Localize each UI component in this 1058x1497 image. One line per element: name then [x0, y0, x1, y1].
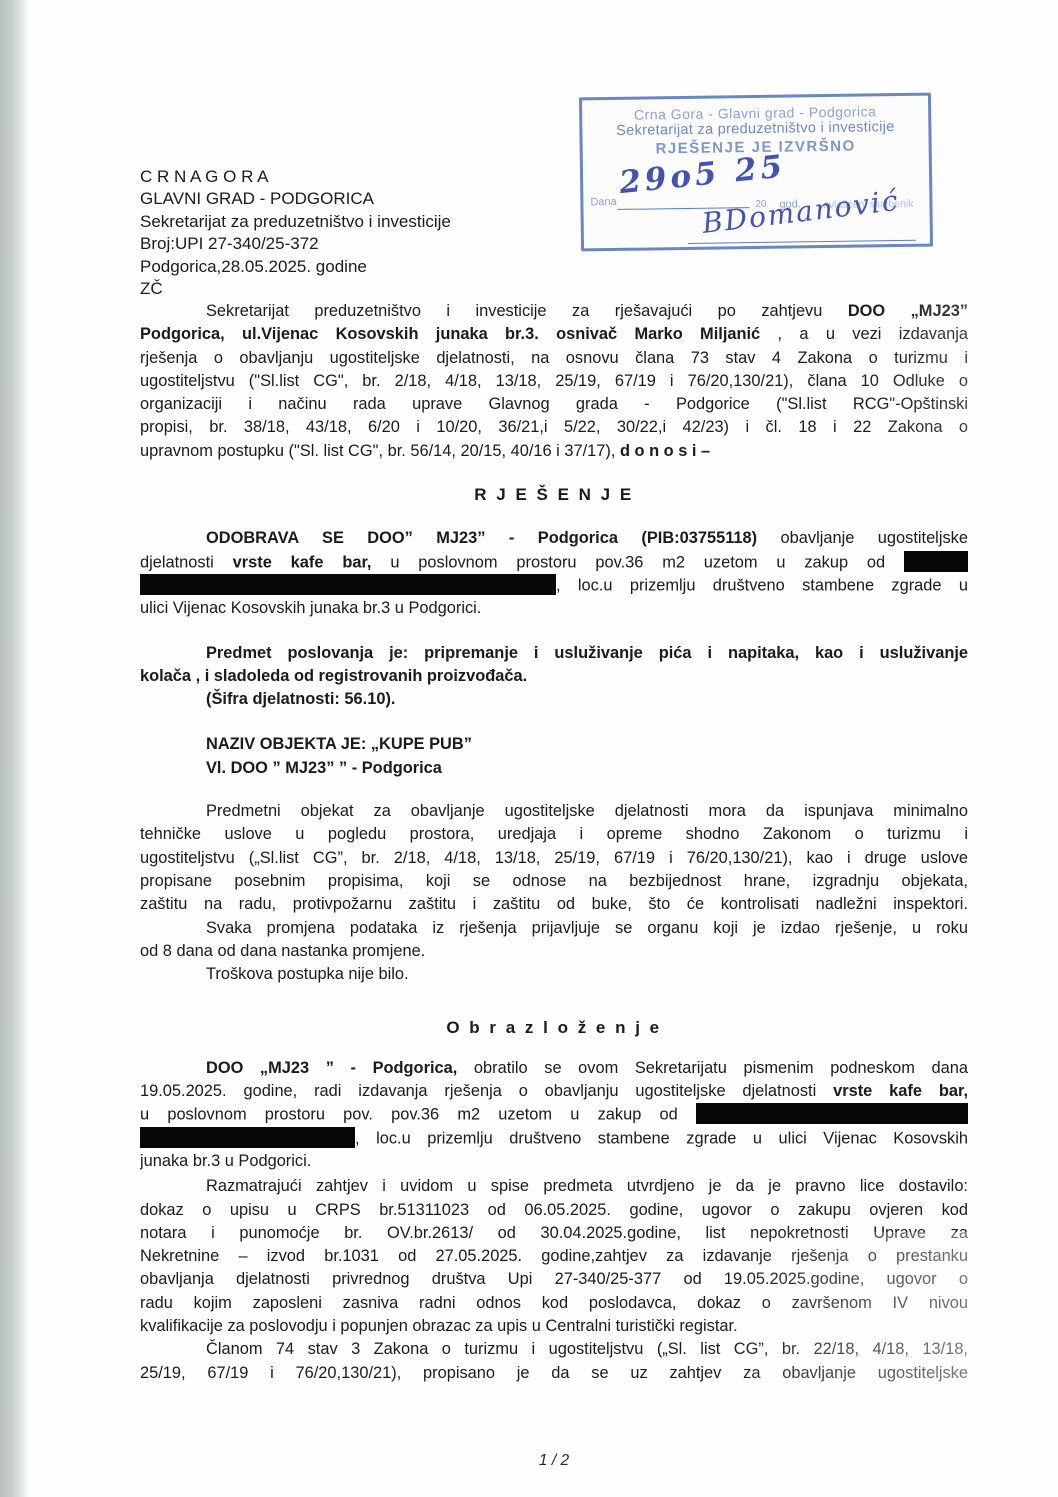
text-line: junaka br.3 u Podgorici.: [140, 1150, 968, 1173]
text-segment: upravnom postupku ("Sl. list CG", br. 56…: [140, 442, 620, 460]
letterhead-case-number: Broj:UPI 27-340/25-372: [140, 233, 451, 255]
text-line: , loc.u prizemlju društveno stambene zgr…: [140, 574, 968, 597]
text-line: NAZIV OBJEKTA JE: „KUPE PUB”: [140, 733, 968, 756]
business-subject-paragraph: Predmet poslovanja je: pripremanje i usl…: [140, 642, 968, 712]
text-segment: u poslovnom prostoru pov.36 m2 uzetom u …: [390, 553, 904, 571]
text-line: Podgorica, ul.Vijenac Kosovskih junaka b…: [140, 323, 968, 346]
text-segment: Članom 74 stav 3 Zakona o turizmu i ugos…: [206, 1340, 968, 1358]
text-line: (Šifra djelatnosti: 56.10).: [140, 688, 968, 711]
text-segment: Nekretnine – izvod br.1031 od 27.05.2025…: [140, 1247, 968, 1265]
text-segment: , a u vezi izdavanja: [778, 325, 969, 343]
text-line: radu kojim zaposleni zasniva radni odnos…: [140, 1292, 968, 1315]
text-line: kolača , i sladoleda od registrovanih pr…: [140, 665, 968, 688]
text-line: Razmatrajući zahtjev i uvidom u spise pr…: [140, 1175, 968, 1198]
section-title-rjesenje: R J E Š E N J E: [140, 483, 968, 506]
section-title-obrazlozenje: O b r a z l o ž e n j e: [140, 1016, 968, 1039]
text-segment: , loc.u prizemlju društveno stambene zgr…: [556, 576, 968, 594]
text-segment: propisane posebnim propisima, koji se od…: [140, 872, 968, 890]
text-segment: dokaz o upisu u CRPS br.51311023 od 06.0…: [140, 1201, 968, 1219]
text-line: djelatnosti vrste kafe bar, u poslovnom …: [140, 551, 968, 574]
text-line: Predmetni objekat za obavljanje ugostite…: [140, 800, 968, 823]
text-line: ugostiteljstvu ("Sl.list CG", br. 2/18, …: [140, 370, 968, 393]
text-segment: vrste kafe bar,: [833, 1082, 968, 1100]
text-segment: organizaciji i načinu rada uprave Glavno…: [140, 395, 968, 413]
text-line: kvalifikacije za poslovodju i popunjen o…: [140, 1315, 968, 1338]
text-segment: od 8 dana od dana nastanka promjene.: [140, 942, 425, 960]
text-line: tehničke uslove u pogledu prostora, ured…: [140, 823, 968, 846]
text-segment: Predmet poslovanja je: pripremanje i usl…: [206, 644, 968, 662]
text-line: Sekretarijat preduzetništvo i investicij…: [140, 300, 968, 323]
text-segment: 25/19, 67/19 i 76/20,130/21), propisano …: [140, 1364, 968, 1382]
text-segment: propisi, br. 38/18, 43/18, 6/20 i 10/20,…: [140, 418, 968, 436]
text-segment: obratilo se ovom Sekretarijatu pismenim …: [474, 1059, 968, 1077]
text-line: ulici Vijenac Kosovskih junaka br.3 u Po…: [140, 597, 968, 620]
executed-stamp: Crna Gora - Glavni grad - Podgorica Sekr…: [579, 93, 933, 252]
text-segment: rješenja o obavljanju ugostiteljske djel…: [140, 349, 968, 367]
text-segment: u poslovnom prostoru pov. pov.36 m2 uzet…: [140, 1106, 696, 1124]
redaction-bar: [140, 574, 556, 595]
stamp-dana-label: Dana: [590, 196, 616, 208]
text-segment: 19.05.2025. godine, radi izdavanja rješe…: [140, 1082, 833, 1100]
letterhead-country: C R N A G O R A: [140, 166, 451, 188]
text-segment: , loc.u prizemlju društveno stambene zgr…: [355, 1129, 968, 1147]
text-segment: kvalifikacije za poslovodju i popunjen o…: [140, 1317, 738, 1335]
object-name-paragraph: NAZIV OBJEKTA JE: „KUPE PUB”Vl. DOO ” MJ…: [140, 733, 968, 780]
text-line: upravnom postupku ("Sl. list CG", br. 56…: [140, 440, 968, 463]
text-segment: Podgorica, ul.Vijenac Kosovskih junaka b…: [140, 325, 778, 343]
text-line: 25/19, 67/19 i 76/20,130/21), propisano …: [140, 1362, 968, 1385]
approval-paragraph: ODOBRAVA SE DOO” MJ23” - Podgorica (PIB:…: [140, 527, 968, 620]
text-line: dokaz o upisu u CRPS br.51311023 od 06.0…: [140, 1199, 968, 1222]
text-line: Nekretnine – izvod br.1031 od 27.05.2025…: [140, 1245, 968, 1268]
text-segment: ugostiteljstvu („Sl.list CG”, br. 2/18, …: [140, 849, 968, 867]
text-segment: zaštitu na radu, protivpožarnu zaštitu i…: [140, 895, 968, 913]
stamp-signature-underline: [688, 240, 916, 244]
text-line: propisi, br. 38/18, 43/18, 6/20 i 10/20,…: [140, 416, 968, 439]
text-segment: ugostiteljstvu ("Sl.list CG", br. 2/18, …: [140, 372, 968, 390]
text-segment: ulici Vijenac Kosovskih junaka br.3 u Po…: [140, 599, 481, 617]
text-line: ODOBRAVA SE DOO” MJ23” - Podgorica (PIB:…: [140, 527, 968, 550]
redaction-bar: [904, 551, 968, 572]
text-segment: radu kojim zaposleni zasniva radni odnos…: [140, 1294, 968, 1312]
text-line: obavljanja djelatnosti privrednog društv…: [140, 1268, 968, 1291]
text-line: rješenja o obavljanju ugostiteljske djel…: [140, 347, 968, 370]
redaction-bar: [696, 1103, 968, 1124]
letterhead: C R N A G O R A GLAVNI GRAD - PODGORICA …: [140, 166, 451, 300]
text-line: DOO „MJ23 ” - Podgorica, obratilo se ovo…: [140, 1057, 968, 1080]
letterhead-initials: ZČ: [140, 278, 451, 300]
text-segment: notara i punomoćje br. OV.br.2613/ od 30…: [140, 1224, 968, 1242]
text-line: Svaka promjena podataka iz rješenja prij…: [140, 917, 968, 940]
text-segment: (Šifra djelatnosti: 56.10).: [206, 690, 395, 708]
text-segment: tehničke uslove u pogledu prostora, ured…: [140, 825, 968, 843]
stamp-signature: BDomanović: [700, 184, 901, 240]
text-line: od 8 dana od dana nastanka promjene.: [140, 940, 968, 963]
scan-edge-shadow: [0, 0, 30, 1497]
stamp-secretariat-line: Sekretarijat za preduzetništvo i investi…: [582, 119, 928, 140]
text-segment: Vl. DOO ” MJ23” ” - Podgorica: [206, 759, 442, 777]
text-segment: djelatnosti: [140, 553, 233, 571]
text-segment: kolača , i sladoleda od registrovanih pr…: [140, 667, 527, 685]
text-segment: junaka br.3 u Podgorici.: [140, 1152, 311, 1170]
text-line: Troškova postupka nije bilo.: [140, 963, 968, 986]
text-segment: DOO „MJ23”: [848, 302, 968, 320]
text-line: , loc.u prizemlju društveno stambene zgr…: [140, 1127, 968, 1150]
text-segment: obavljanja djelatnosti privrednog društv…: [140, 1270, 968, 1288]
text-segment: Razmatrajući zahtjev i uvidom u spise pr…: [206, 1177, 968, 1195]
text-line: Vl. DOO ” MJ23” ” - Podgorica: [140, 757, 968, 780]
text-line: propisane posebnim propisima, koji se od…: [140, 870, 968, 893]
document-page: C R N A G O R A GLAVNI GRAD - PODGORICA …: [0, 0, 1058, 1497]
text-segment: Troškova postupka nije bilo.: [206, 965, 409, 983]
text-segment: NAZIV OBJEKTA JE: „KUPE PUB”: [206, 735, 472, 753]
text-segment: Svaka promjena podataka iz rješenja prij…: [206, 919, 968, 937]
request-paragraph: DOO „MJ23 ” - Podgorica, obratilo se ovo…: [140, 1057, 968, 1173]
intro-paragraph: Sekretarijat preduzetništvo i investicij…: [140, 300, 968, 463]
letterhead-city: GLAVNI GRAD - PODGORICA: [140, 188, 451, 210]
text-line: ugostiteljstvu („Sl.list CG”, br. 2/18, …: [140, 847, 968, 870]
letterhead-date: Podgorica,28.05.2025. godine: [140, 256, 451, 278]
text-segment: vrste kafe bar,: [233, 553, 391, 571]
text-segment: obavljanje ugostiteljske: [781, 529, 968, 547]
page-number: 1 / 2: [140, 1452, 968, 1470]
text-segment: d o n o s i –: [620, 442, 710, 460]
text-line: Predmet poslovanja je: pripremanje i usl…: [140, 642, 968, 665]
conditions-paragraph: Predmetni objekat za obavljanje ugostite…: [140, 800, 968, 986]
redaction-bar: [140, 1127, 355, 1148]
text-segment: Sekretarijat preduzetništvo i investicij…: [206, 302, 848, 320]
text-line: organizaciji i načinu rada uprave Glavno…: [140, 393, 968, 416]
text-line: u poslovnom prostoru pov. pov.36 m2 uzet…: [140, 1103, 968, 1126]
text-line: Članom 74 stav 3 Zakona o turizmu i ugos…: [140, 1338, 968, 1361]
letterhead-secretariat: Sekretarijat za preduzetništvo i investi…: [140, 211, 451, 233]
text-segment: DOO „MJ23 ” - Podgorica,: [206, 1059, 474, 1077]
text-line: zaštitu na radu, protivpožarnu zaštitu i…: [140, 893, 968, 916]
text-line: 19.05.2025. godine, radi izdavanja rješe…: [140, 1080, 968, 1103]
text-segment: Predmetni objekat za obavljanje ugostite…: [206, 802, 968, 820]
text-segment: ODOBRAVA SE DOO” MJ23” - Podgorica (PIB:…: [206, 529, 781, 547]
document-body: Sekretarijat preduzetništvo i investicij…: [140, 300, 968, 1385]
text-line: notara i punomoćje br. OV.br.2613/ od 30…: [140, 1222, 968, 1245]
evidence-paragraph: Razmatrajući zahtjev i uvidom u spise pr…: [140, 1175, 968, 1385]
